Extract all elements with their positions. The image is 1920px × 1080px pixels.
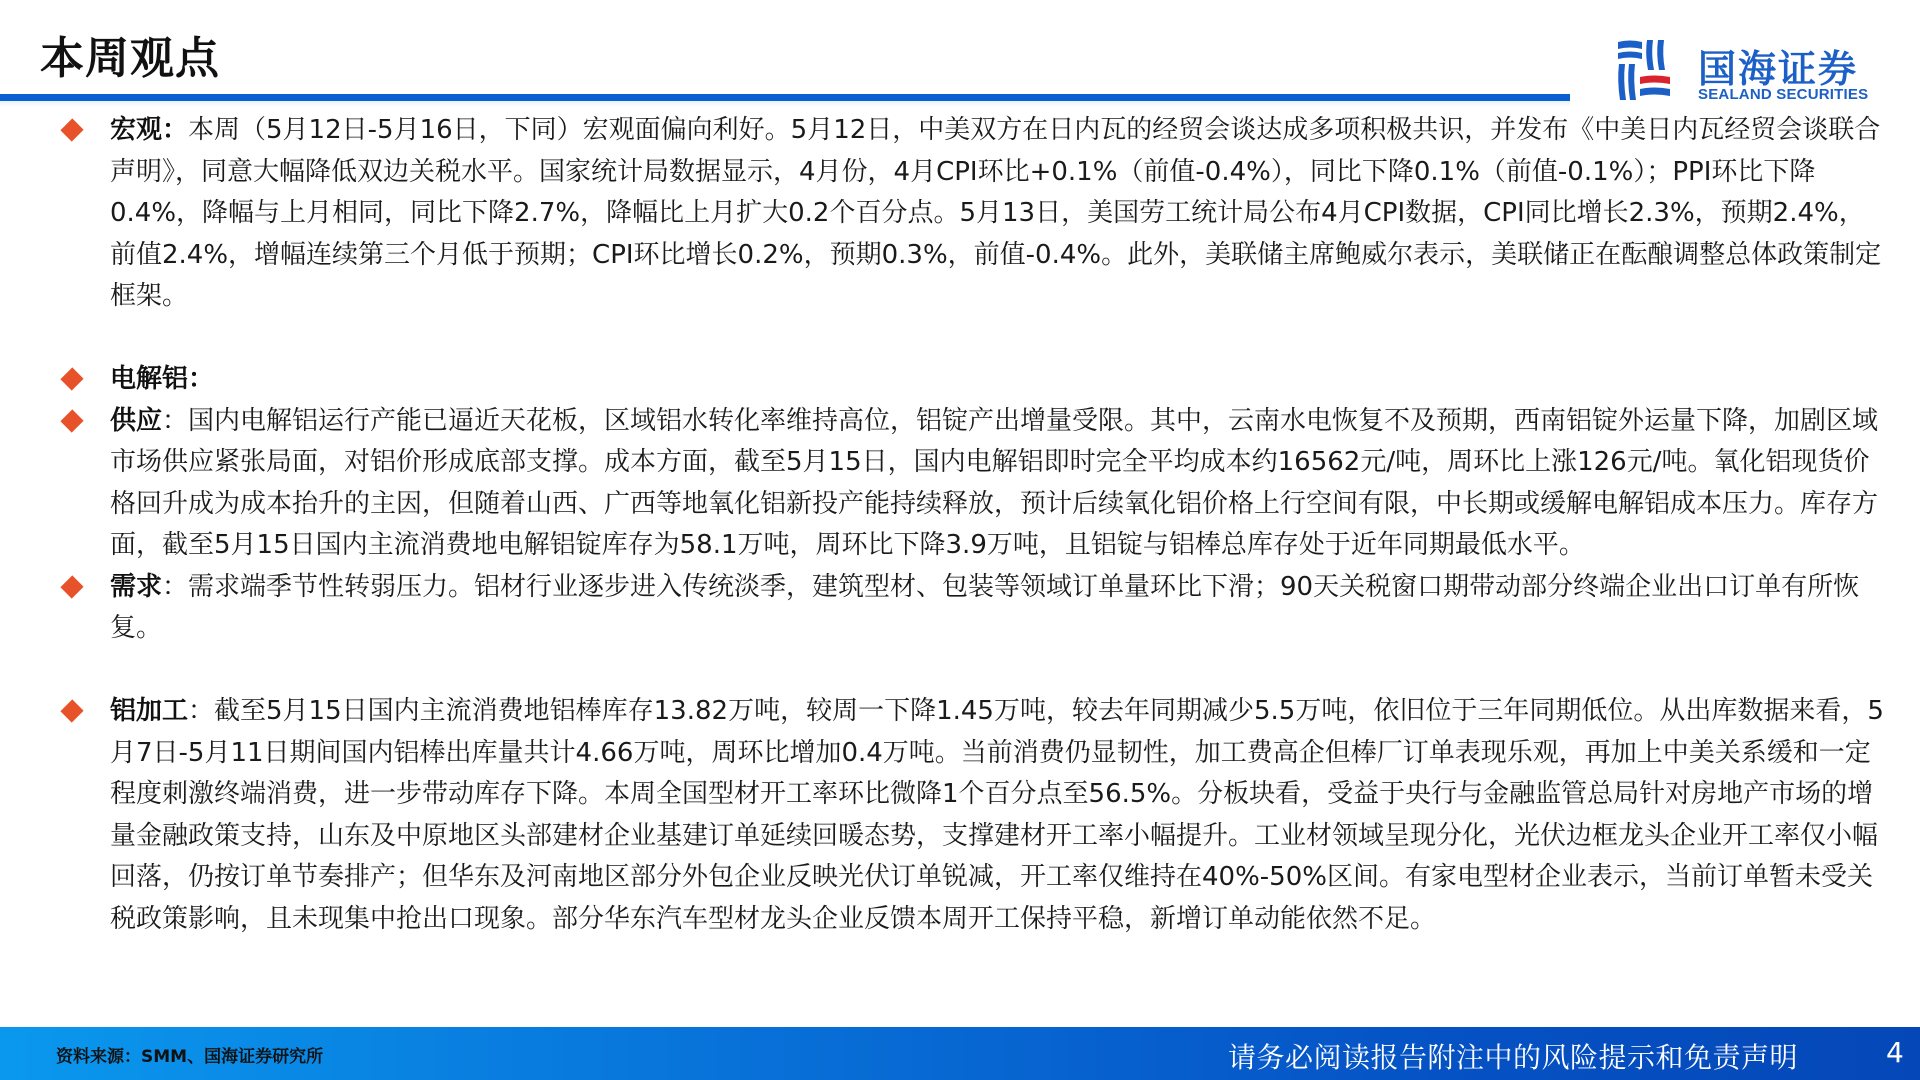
logo-name-en: SEALAND SECURITIES: [1698, 86, 1868, 103]
bullet-aluminum-processing: 铝加工：截至5月15日国内主流消费地铝棒库存13.82万吨，较周一下降1.45万…: [56, 691, 1886, 940]
bullet-text: ：国内电解铝运行产能已逼近天花板，区域铝水转化率维持高位，铝锭产出增量受限。其中…: [110, 406, 1878, 561]
bullet-label: 需求: [110, 572, 162, 602]
header-divider-shadow: [0, 101, 1570, 107]
page-title: 本周观点: [40, 22, 220, 86]
company-logo: 国海证券 SEALAND SECURITIES: [1612, 30, 1882, 106]
header-divider: [0, 94, 1570, 101]
bullet-label: 宏观：: [110, 115, 188, 145]
bullet-supply: 供应：国内电解铝运行产能已逼近天花板，区域铝水转化率维持高位，铝锭产出增量受限。…: [56, 401, 1886, 567]
report-slide: 本周观点 国海证券 SEALAND SECURITIES 宏观：本周（5月12日…: [0, 0, 1920, 1080]
bullet-electrolytic-aluminum: 电解铝：: [56, 359, 1886, 401]
spacer: [56, 318, 1886, 360]
disclaimer-text: 请务必阅读报告附注中的风险提示和免责声明: [1228, 1036, 1798, 1076]
bullet-text: ：需求端季节性转弱压力。铝材行业逐步进入传统淡季，建筑型材、包装等领域订单量环比…: [110, 572, 1859, 644]
bullet-demand: 需求：需求端季节性转弱压力。铝材行业逐步进入传统淡季，建筑型材、包装等领域订单量…: [56, 567, 1886, 650]
sealand-logo-icon: [1616, 38, 1672, 102]
logo-name-cn: 国海证券: [1698, 38, 1858, 93]
data-source-note: 资料来源：SMM、国海证券研究所: [56, 1042, 323, 1067]
diamond-bullet-icon: [60, 575, 83, 598]
weekly-view-content: 宏观：本周（5月12日-5月16日，下同）宏观面偏向利好。5月12日，中美双方在…: [56, 110, 1886, 940]
bullet-label: 供应: [110, 406, 162, 436]
diamond-bullet-icon: [60, 409, 83, 432]
spacer: [56, 650, 1886, 692]
diamond-bullet-icon: [60, 367, 83, 390]
footer-bar: 资料来源：SMM、国海证券研究所 请务必阅读报告附注中的风险提示和免责声明 4: [0, 1027, 1920, 1080]
bullet-text: ：截至5月15日国内主流消费地铝棒库存13.82万吨，较周一下降1.45万吨，较…: [110, 696, 1884, 934]
bullet-label: 电解铝：: [110, 364, 214, 394]
bullet-text: 本周（5月12日-5月16日，下同）宏观面偏向利好。5月12日，中美双方在日内瓦…: [110, 115, 1881, 311]
bullet-macro: 宏观：本周（5月12日-5月16日，下同）宏观面偏向利好。5月12日，中美双方在…: [56, 110, 1886, 318]
diamond-bullet-icon: [60, 118, 83, 141]
diamond-bullet-icon: [60, 699, 83, 722]
bullet-label: 铝加工: [110, 696, 188, 726]
page-number: 4: [1886, 1036, 1904, 1069]
